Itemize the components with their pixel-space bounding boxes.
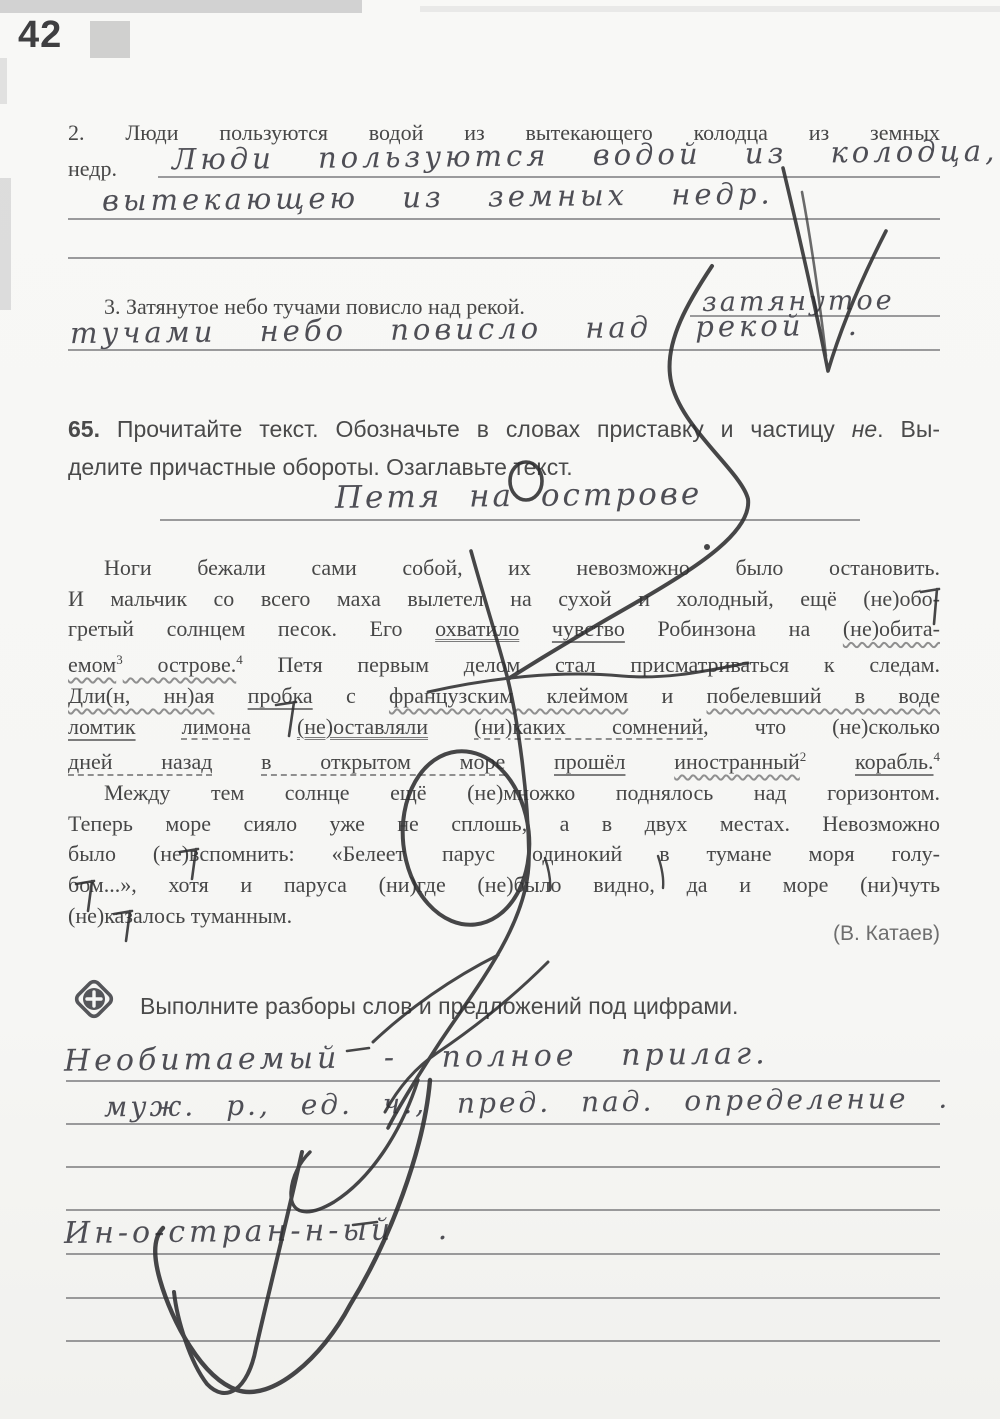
scan-artifact-left-edge-2 [0, 58, 7, 104]
marked-attribute: емом [68, 652, 116, 677]
passage-line: Теперь море сияло уже не сплошь, а в дву… [68, 809, 940, 840]
marked-adverbial: дней назад [68, 749, 212, 774]
scan-artifact-top-dots [420, 6, 1000, 12]
exercise-65-instruction: 65. Прочитайте текст. Обозначьте в слова… [68, 410, 940, 486]
answer-rule [66, 1080, 940, 1082]
scan-artifact-gray-square [90, 21, 130, 58]
answer-rule [68, 349, 940, 351]
superscript-4: 4 [934, 749, 941, 764]
workbook-scanned-page: 42 2. Люди пользуются водой из вытекающе… [0, 0, 1000, 1419]
answer-rule [68, 257, 940, 259]
marked-attribute: иностранный [674, 749, 800, 774]
task-instruction: Выполните разборы слов и предложений под… [140, 993, 738, 1020]
answer-rule [66, 1209, 940, 1211]
answer-rule [66, 1123, 940, 1125]
marked-predicate: (не)оставляли [297, 714, 428, 739]
analysis-handwritten-line1: Необитаемый - полное прилаг. [64, 1036, 769, 1078]
passage-line: гретый солнцем песок. Его охватило чувст… [68, 614, 940, 645]
marked-subject: ломтик [68, 714, 136, 739]
marked-predicate: охватило [435, 616, 519, 641]
passage-line: емом3 острове.4 Петя первым делом стал п… [68, 645, 940, 681]
answer-rule [158, 176, 940, 178]
marked-attribute: Дли(н, нн)ая [68, 683, 214, 708]
exercise-number: 65. [68, 416, 100, 442]
pen-dot [704, 544, 710, 550]
passage-text: Ноги бежали сами собой, их невозможно бы… [68, 553, 940, 931]
marked-object: (ни)каких сомнений [474, 714, 703, 739]
item3-handwritten-answer-line2: тучами небо повисло над рекой . [70, 308, 861, 350]
marked-attribute: французским клеймом [389, 683, 628, 708]
marked-attribute: острове. [123, 652, 237, 677]
particle-ne: не [852, 416, 877, 442]
marked-attribute: побелевший в воде [707, 683, 941, 708]
instruction-line1: 65. Прочитайте текст. Обозначьте в слова… [68, 410, 940, 448]
page-number: 42 [18, 14, 62, 57]
passage-line: дней назад в открытом море прошёл иностр… [68, 742, 940, 778]
marked-subject: чувство [552, 616, 625, 641]
answer-rule [66, 1166, 940, 1168]
answer-rule [66, 1340, 940, 1342]
marked-subject: пробка [248, 683, 313, 708]
item2-handwritten-answer-line2: вытекающею из земных недр. [102, 176, 774, 217]
passage-line: Ноги бежали сами собой, их невозможно бы… [68, 553, 940, 584]
marked-adverbial: в открытом море [261, 749, 505, 774]
title-rule [160, 519, 860, 521]
author-attribution: (В. Катаев) [540, 922, 940, 946]
marked-subject: корабль. [855, 749, 934, 774]
passage-line: Дли(н, нн)ая пробка с французским клеймо… [68, 681, 940, 712]
passage-line: ломтик лимона (не)оставляли (ни)каких со… [68, 712, 940, 743]
marked-attribute: (не)обита- [843, 616, 940, 641]
marked-object: лимона [182, 714, 251, 739]
plus-in-diamond-icon [70, 975, 118, 1023]
passage-line: бом...», хотя и паруса (ни)где (не)было … [68, 870, 940, 901]
scan-artifact-top-strip [0, 0, 362, 13]
analysis-handwritten-line3: Ин-о-стран-н-ый . [64, 1212, 452, 1251]
passage-line: Между тем солнце ещё (не)множко поднялос… [68, 778, 940, 809]
pen-stroke [174, 1152, 302, 1393]
marked-predicate: прошёл [554, 749, 625, 774]
passage-line: было (не)вспомнить: «Белеет парус одинок… [68, 839, 940, 870]
passage-line: И мальчик со всего маха вылетел на сухой… [68, 584, 940, 615]
answer-rule [66, 1297, 940, 1299]
answer-rule [66, 1253, 940, 1255]
handwritten-title: Петя на острове [335, 476, 703, 516]
analysis-handwritten-line2: муж. р., ед. ч., пред. пад. определение … [104, 1082, 951, 1124]
scan-artifact-left-edge [0, 178, 11, 310]
answer-rule [68, 218, 940, 220]
